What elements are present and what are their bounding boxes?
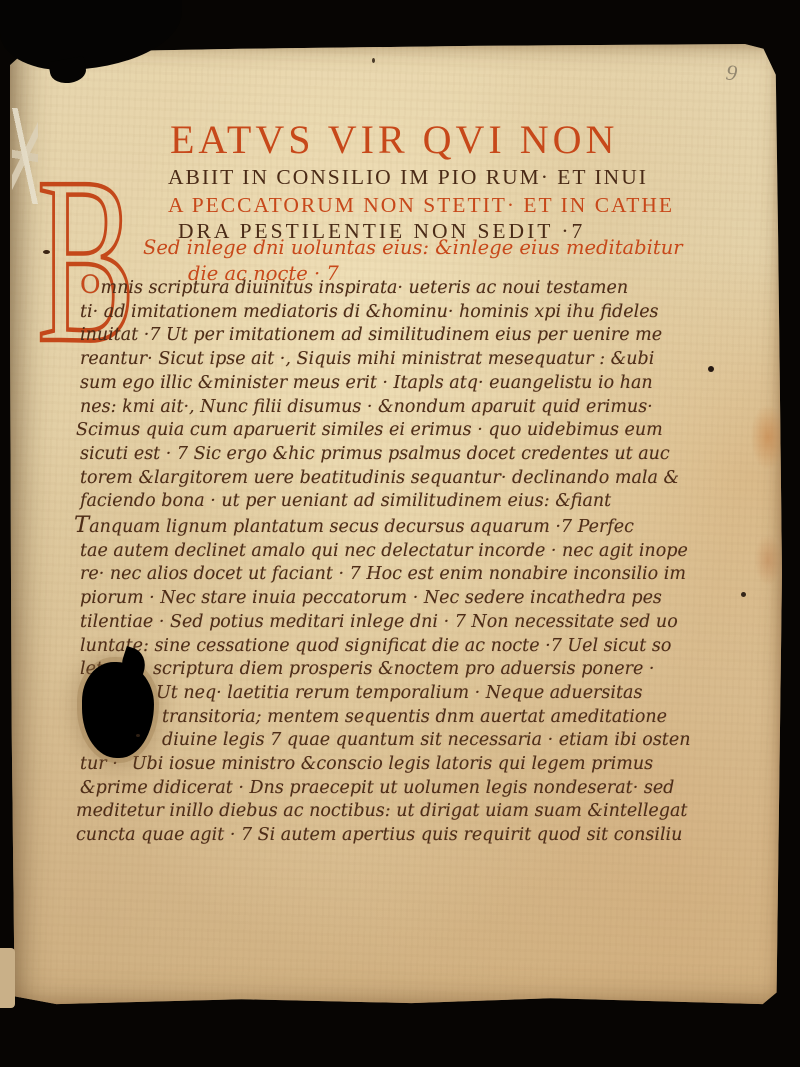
body-line: torem &largitorem uere beatitudinis sequ… [68,467,716,491]
body-line: Scimus quia cum aparuerit similes ei eri… [68,419,716,443]
incipit-line-2: ABIIT IN CONSILIO IM PIO RUM· ET INUI [168,165,648,190]
body-line: Ut neq· laetitia rerum temporalium · Neq… [144,682,716,706]
manuscript-photo: 9 B EATVS VIR QVI NON ABIIT IN CONSILIO … [0,0,800,1067]
body-line: sum ego illic &minister meus erit · Itap… [68,372,716,396]
body-text-block: Omnis scriptura diuinitus inspirata· uet… [68,277,716,848]
body-line: ti· ad imitationem mediatoris di &hominu… [68,301,716,325]
body-line: re· nec alios docet ut faciant · 7 Hoc e… [68,563,716,587]
edge-stain [754,534,782,586]
drop-cap-o: O [80,270,101,299]
body-line: luntate: sine cessatione quod significat… [68,635,716,659]
edge-stain [750,404,786,470]
body-line: meditetur inillo diebus ac noctibus: ut … [68,800,716,824]
wormhole [708,366,714,372]
body-line-text: scriptura diem prosperis &noctem pro adu… [153,659,654,679]
wormhole [741,592,746,597]
incipit-line-3: A PECCATORUM NON STETIT· ET IN CATHE [168,193,674,218]
body-line-text: mnis scriptura diuinitus inspirata· uete… [101,278,629,298]
body-line: transitoria; mentem sequentis dnm auerta… [150,706,716,730]
body-line: tilentiae · Sed potius meditari inlege d… [68,611,716,635]
body-line: Omnis scriptura diuinitus inspirata· uet… [68,277,716,301]
ink-speck [136,734,140,737]
body-line: reantur· Sicut ipse ait ·, Siquis mihi m… [68,348,716,372]
ink-speck [43,250,50,254]
body-line: tae autem declinet amalo qui nec delecta… [68,540,716,564]
parchment-page: 9 B EATVS VIR QVI NON ABIIT IN CONSILIO … [10,44,782,1006]
body-line: letscriptura diem prosperis &noctem pro … [68,658,716,682]
body-line: Tanquam lignum plantatum secus decursus … [68,514,716,540]
rubric-line-1: Sed inlege dni uoluntas eius: &inlege ei… [143,236,683,259]
body-line: nes: kmi ait·, Nunc filii disumus · &non… [68,396,716,420]
body-line: piorum · Nec stare inuia peccatorum · Ne… [68,587,716,611]
under-leaf-edge [0,948,15,1008]
body-line: diuine legis 7 quae quantum sit necessar… [150,729,716,753]
body-line-text: Ubi iosue ministro &conscio legis latori… [132,754,653,774]
body-line: sicuti est · 7 Sic ergo &hic primus psal… [68,443,716,467]
body-line: &prime didicerat · Dns praecepit ut uolu… [68,777,716,801]
body-line: faciendo bona · ut per ueniant ad simili… [68,490,716,514]
incipit-line-1: EATVS VIR QVI NON [170,116,618,163]
body-line: cuncta quae agit · 7 Si autem apertius q… [68,824,716,848]
body-line: inuitat ·7 Ut per imitationem ad similit… [68,324,716,348]
body-line: tur ·Ubi iosue ministro &conscio legis l… [68,753,716,777]
folio-number: 9 [724,59,738,86]
ink-speck [372,58,375,63]
